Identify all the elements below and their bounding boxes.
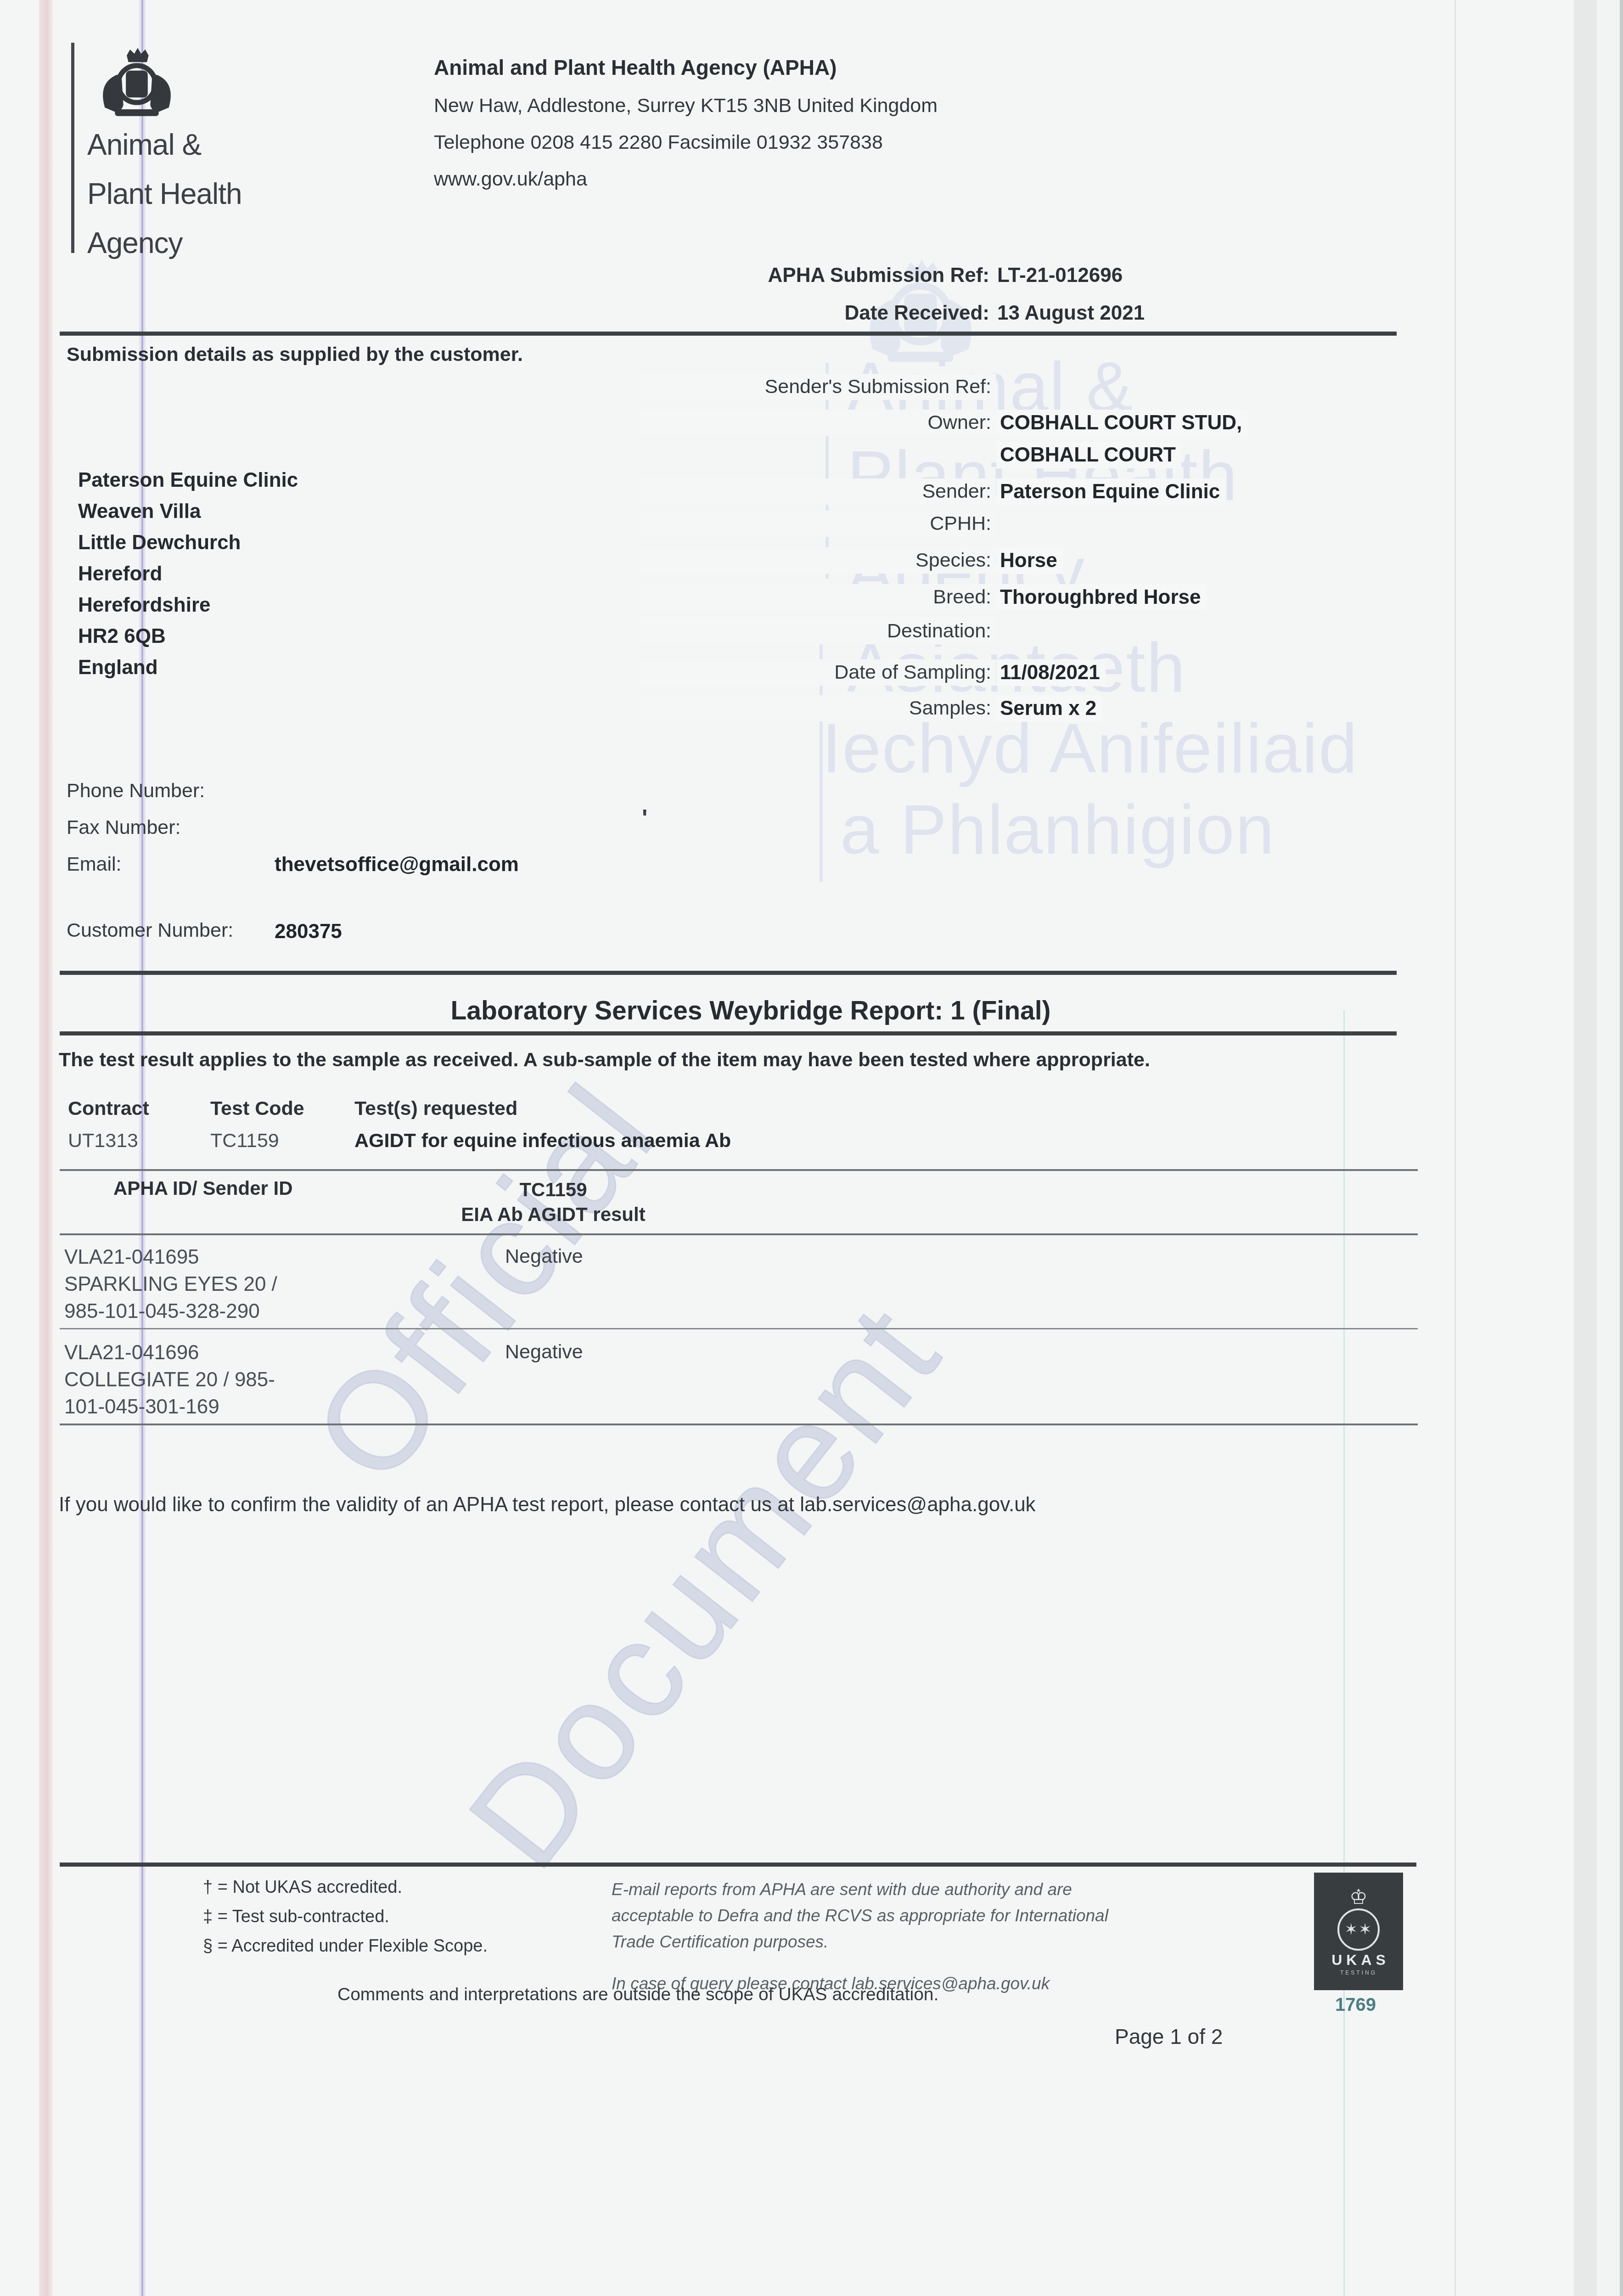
ukas-sublabel: TESTING	[1340, 1970, 1377, 1976]
submission-details-heading: Submission details as supplied by the cu…	[67, 343, 523, 366]
destination-label: Destination:	[640, 618, 996, 644]
watermark-official: Official	[282, 1054, 687, 1511]
apha-logo-text: Animal & Plant Health Agency	[87, 120, 242, 268]
ukas-word: UKAS	[1331, 1952, 1390, 1969]
col-contract: Contract	[68, 1097, 149, 1120]
ukas-crown-icon: ♔	[1349, 1887, 1367, 1908]
logo-line: Agency	[87, 219, 242, 268]
scan-tick-mark: '	[642, 805, 647, 832]
customer-number-value: 280375	[275, 920, 342, 943]
col-test-code: Test Code	[210, 1097, 304, 1120]
logo-line: Plant Health	[87, 169, 242, 219]
accreditation-legend: † = Not UKAS accredited. ‡ = Test sub-co…	[203, 1873, 488, 1961]
breed-value: Thoroughbred Horse	[996, 584, 1207, 611]
result-row-2-result: Negative	[505, 1341, 583, 1363]
date-received-value: 13 August 2021	[997, 302, 1145, 325]
table-rule	[60, 1328, 1418, 1329]
table-rule	[60, 1233, 1418, 1235]
results-result-header: TC1159 EIA Ab AGIDT result	[450, 1177, 657, 1227]
fax-label: Fax Number:	[67, 816, 181, 839]
date-received-label: Date Received:	[640, 302, 989, 325]
samples-label: Samples:	[640, 695, 996, 721]
legend-line: † = Not UKAS accredited.	[203, 1873, 488, 1902]
test-code-value: TC1159	[210, 1130, 279, 1152]
italic-line: acceptable to Defra and the RCVS as appr…	[612, 1902, 1108, 1929]
italic-line: Trade Certification purposes.	[612, 1929, 1108, 1955]
footer-divider	[60, 1863, 1416, 1867]
species-label: Species:	[640, 547, 996, 574]
contract-value: UT1313	[68, 1130, 138, 1152]
customer-number-label: Customer Number:	[67, 919, 233, 942]
scanned-lab-report-page: Animal & Plant Health Agency Asiantaeth …	[0, 0, 1623, 2296]
sampling-value: 11/08/2021	[996, 659, 1106, 686]
customer-address-block: Paterson Equine Clinic Weaven Villa Litt…	[78, 465, 298, 683]
address-line: Little Dewchurch	[78, 527, 298, 558]
agency-phone-fax: Telephone 0208 415 2280 Facsimile 01932 …	[434, 131, 883, 154]
agency-name: Animal and Plant Health Agency (APHA)	[434, 55, 837, 80]
owner-label: Owner:	[640, 410, 996, 436]
address-line: HR2 6QB	[78, 621, 298, 652]
submission-ref-label: APHA Submission Ref:	[640, 264, 989, 287]
address-line: England	[78, 652, 298, 683]
cphh-label: CPHH:	[640, 511, 996, 537]
ukas-circle-icon: ✶✶	[1337, 1908, 1380, 1951]
scan-edge-left	[39, 0, 53, 2296]
scan-line-teal	[1343, 1010, 1345, 2296]
email-authority-note: E-mail reports from APHA are sent with d…	[612, 1876, 1108, 1997]
divider	[60, 971, 1397, 975]
legend-line: § = Accredited under Flexible Scope.	[203, 1931, 488, 1961]
senders-ref-label: Sender's Submission Ref:	[640, 374, 996, 400]
address-line: Hereford	[78, 558, 298, 590]
result-row-1-id: VLA21-041695 SPARKLING EYES 20 / 985-101…	[64, 1244, 277, 1325]
italic-line: E-mail reports from APHA are sent with d…	[612, 1876, 1108, 1902]
result-row-1-result: Negative	[505, 1245, 583, 1268]
agency-address: New Haw, Addlestone, Surrey KT15 3NB Uni…	[434, 95, 938, 117]
logo-line: Animal &	[87, 120, 242, 169]
table-rule	[60, 1169, 1418, 1171]
address-line: Paterson Equine Clinic	[78, 465, 298, 496]
row-id-line: VLA21-041696	[64, 1339, 275, 1366]
results-id-header: APHA ID/ Sender ID	[113, 1177, 293, 1199]
scan-edge-right-light	[1597, 0, 1623, 2296]
owner-value-line1: COBHALL COURT STUD,	[996, 410, 1247, 436]
divider	[60, 332, 1397, 336]
submission-ref-value: LT-21-012696	[997, 264, 1123, 287]
apha-logo-bar	[71, 43, 74, 253]
ukas-stars: ✶✶	[1345, 1920, 1373, 1939]
owner-value-line2: COBHALL COURT	[996, 442, 1181, 468]
row-id-line: COLLEGIATE 20 / 985-	[64, 1366, 275, 1393]
sender-label: Sender:	[640, 478, 996, 505]
scan-edge-right-dark	[1620, 0, 1623, 2296]
result-header-line1: TC1159	[450, 1177, 657, 1202]
address-line: Weaven Villa	[78, 496, 298, 527]
scan-edge-right-band	[1574, 0, 1597, 2296]
test-requested-value: AGIDT for equine infectious anaemia Ab	[354, 1130, 731, 1152]
samples-value: Serum x 2	[996, 695, 1102, 722]
watermark-line: a Phlanhigion	[840, 790, 1275, 870]
scan-line-faint	[1455, 0, 1456, 2296]
breed-label: Breed:	[640, 584, 996, 610]
agency-website: www.gov.uk/apha	[434, 168, 587, 191]
result-row-2-id: VLA21-041696 COLLEGIATE 20 / 985- 101-04…	[64, 1339, 275, 1420]
email-label: Email:	[67, 853, 121, 876]
comments-note: Comments and interpretations are outside…	[337, 1985, 938, 2005]
row-id-line: 101-045-301-169	[64, 1393, 275, 1420]
ukas-accreditation-logo: ♔ ✶✶ UKAS TESTING	[1314, 1873, 1403, 1990]
page-number: Page 1 of 2	[1115, 2024, 1223, 2049]
phone-label: Phone Number:	[67, 780, 205, 802]
ukas-number: 1769	[1335, 1995, 1376, 2015]
email-value: thevetsoffice@gmail.com	[275, 853, 519, 876]
row-id-line: VLA21-041695	[64, 1244, 277, 1271]
legend-line: ‡ = Test sub-contracted.	[203, 1902, 488, 1931]
sender-value: Paterson Equine Clinic	[996, 478, 1225, 505]
address-line: Herefordshire	[78, 590, 298, 621]
sampling-label: Date of Sampling:	[640, 659, 996, 686]
validity-note: If you would like to confirm the validit…	[59, 1493, 1036, 1516]
report-title: Laboratory Services Weybridge Report: 1 …	[106, 996, 1396, 1026]
row-id-line: SPARKLING EYES 20 /	[64, 1271, 277, 1298]
species-value: Horse	[996, 547, 1063, 574]
report-disclaimer: The test result applies to the sample as…	[59, 1049, 1150, 1071]
divider	[60, 1031, 1397, 1035]
col-tests-requested: Test(s) requested	[354, 1097, 517, 1120]
row-id-line: 985-101-045-328-290	[64, 1298, 277, 1325]
table-rule	[60, 1424, 1418, 1425]
result-header-line2: EIA Ab AGIDT result	[450, 1202, 657, 1227]
